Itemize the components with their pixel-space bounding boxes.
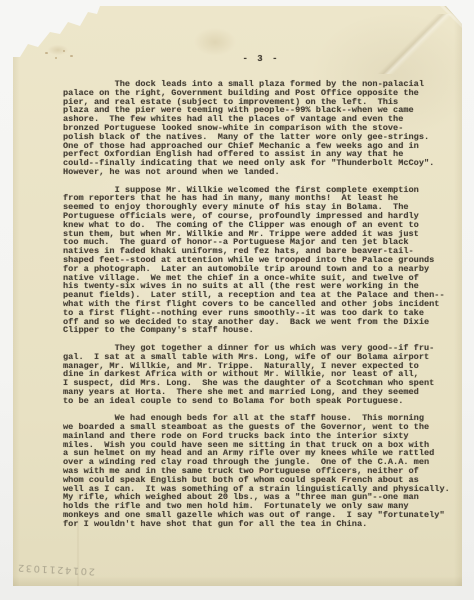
scanned-letter-page: - 3 - The dock leads into a small plaza … <box>0 0 474 600</box>
page-number: - 3 - <box>63 54 459 64</box>
paragraph-dinner: They got together a dinner for us which … <box>63 344 459 406</box>
typed-line: Clipper to the Company's staff house. <box>63 326 459 335</box>
paper-speck <box>55 57 57 59</box>
paper-speck <box>63 50 65 52</box>
paper-sheet: - 3 - The dock leads into a small plaza … <box>13 6 462 586</box>
paragraph-dock-plaza: The dock leads into a small plaza formed… <box>63 80 459 177</box>
typed-line: for I wouldn't have shot that gun for al… <box>63 520 459 529</box>
paper-speck <box>45 52 48 54</box>
typed-line: However, he was not around when we lande… <box>63 168 459 177</box>
paragraph-jungle-trip: We had enough beds for all at the staff … <box>63 414 459 528</box>
typed-line: to be an ideal couple to send to Bolama … <box>63 397 459 406</box>
paragraph-willkie-visit: I suppose Mr. Willkie welcomed the first… <box>63 186 459 336</box>
pencil-inscription: 2014211032 <box>29 562 95 576</box>
typed-text-column: - 3 - The dock leads into a small plaza … <box>63 54 459 537</box>
